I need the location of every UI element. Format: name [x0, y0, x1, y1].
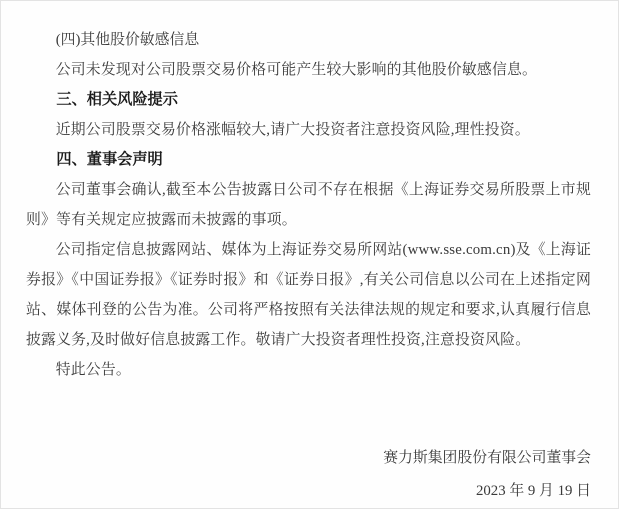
announcement-document: (四)其他股价敏感信息 公司未发现对公司股票交易价格可能产生较大影响的其他股价敏… — [0, 0, 619, 509]
closing-statement: 特此公告。 — [26, 355, 591, 385]
paragraph-no-other-sensitive-info: 公司未发现对公司股票交易价格可能产生较大影响的其他股价敏感信息。 — [26, 55, 591, 85]
paragraph-disclosure-media: 公司指定信息披露网站、媒体为上海证券交易所网站(www.sse.com.cn)及… — [26, 235, 591, 355]
signature-board-of-directors: 赛力斯集团股份有限公司董事会 — [26, 443, 591, 473]
section-heading-risk-warning: 三、相关风险提示 — [26, 85, 591, 115]
paragraph-board-confirmation: 公司董事会确认,截至本公告披露日公司不存在根据《上海证券交易所股票上市规则》等有… — [26, 175, 591, 235]
paragraph-risk-warning: 近期公司股票交易价格涨幅较大,请广大投资者注意投资风险,理性投资。 — [26, 115, 591, 145]
section-subheading-other-sensitive-info: (四)其他股价敏感信息 — [26, 25, 591, 55]
section-heading-board-statement: 四、董事会声明 — [26, 145, 591, 175]
announcement-date: 2023 年 9 月 19 日 — [26, 476, 591, 506]
